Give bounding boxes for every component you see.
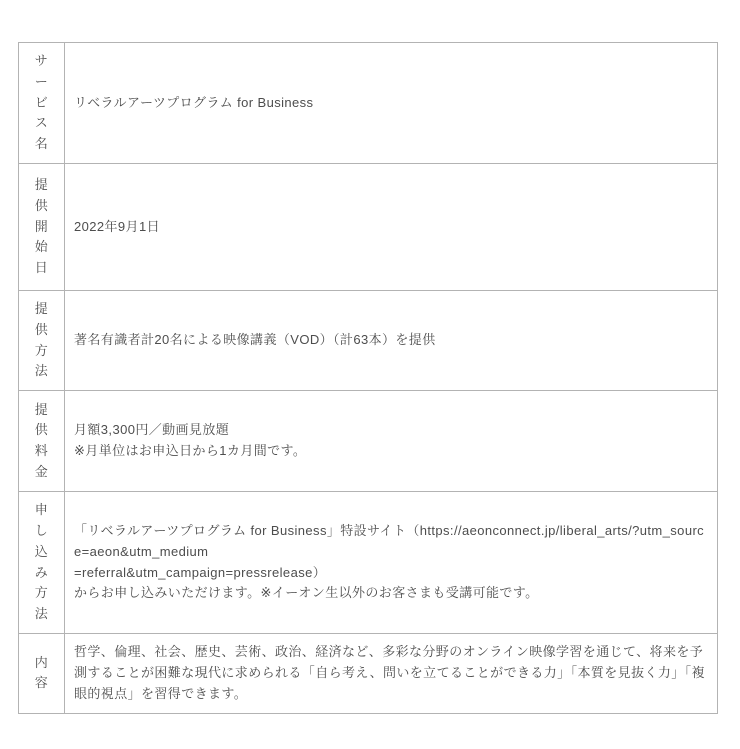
row-header-start-date: 提 供 開 始 日	[19, 164, 65, 291]
row-value-service-name: リベラルアーツプログラム for Business	[65, 43, 718, 164]
row-header-label: 申 し 込 み 方 法	[35, 502, 48, 621]
row-value-delivery-method: 著名有識者計20名による映像講義（VOD）（計63本）を提供	[65, 291, 718, 391]
row-header-contents: 内 容	[19, 633, 65, 713]
row-value-price: 月額3,300円／動画見放題 ※月単位はお申込日から1カ月間です。	[65, 391, 718, 492]
row-header-delivery-method: 提 供 方 法	[19, 291, 65, 391]
press-release-page: サ ー ビ ス 名 リベラルアーツプログラム for Business 提 供 …	[0, 0, 740, 749]
row-header-label: 提 供 料 金	[35, 402, 48, 479]
table-row-contents: 内 容 哲学、倫理、社会、歴史、芸術、政治、経済など、多彩な分野のオンライン映像…	[19, 633, 718, 713]
row-value-contents: 哲学、倫理、社会、歴史、芸術、政治、経済など、多彩な分野のオンライン映像学習を通…	[65, 633, 718, 713]
row-header-price: 提 供 料 金	[19, 391, 65, 492]
row-header-label: 内 容	[35, 655, 48, 691]
row-header-label: サ ー ビ ス 名	[35, 53, 48, 151]
row-header-application-method: 申 し 込 み 方 法	[19, 492, 65, 634]
row-value-application-method: 「リベラルアーツプログラム for Business」特設サイト（https:/…	[65, 492, 718, 634]
table-row-application-method: 申 し 込 み 方 法 「リベラルアーツプログラム for Business」特…	[19, 492, 718, 634]
row-value-start-date: 2022年9月1日	[65, 164, 718, 291]
table-row-delivery-method: 提 供 方 法 著名有識者計20名による映像講義（VOD）（計63本）を提供	[19, 291, 718, 391]
row-header-label: 提 供 方 法	[35, 301, 48, 378]
row-header-service-name: サ ー ビ ス 名	[19, 43, 65, 164]
table-row-start-date: 提 供 開 始 日 2022年9月1日	[19, 164, 718, 291]
table-row-price: 提 供 料 金 月額3,300円／動画見放題 ※月単位はお申込日から1カ月間です…	[19, 391, 718, 492]
table-row-service-name: サ ー ビ ス 名 リベラルアーツプログラム for Business	[19, 43, 718, 164]
service-info-table: サ ー ビ ス 名 リベラルアーツプログラム for Business 提 供 …	[18, 42, 718, 714]
row-header-label: 提 供 開 始 日	[35, 177, 48, 275]
